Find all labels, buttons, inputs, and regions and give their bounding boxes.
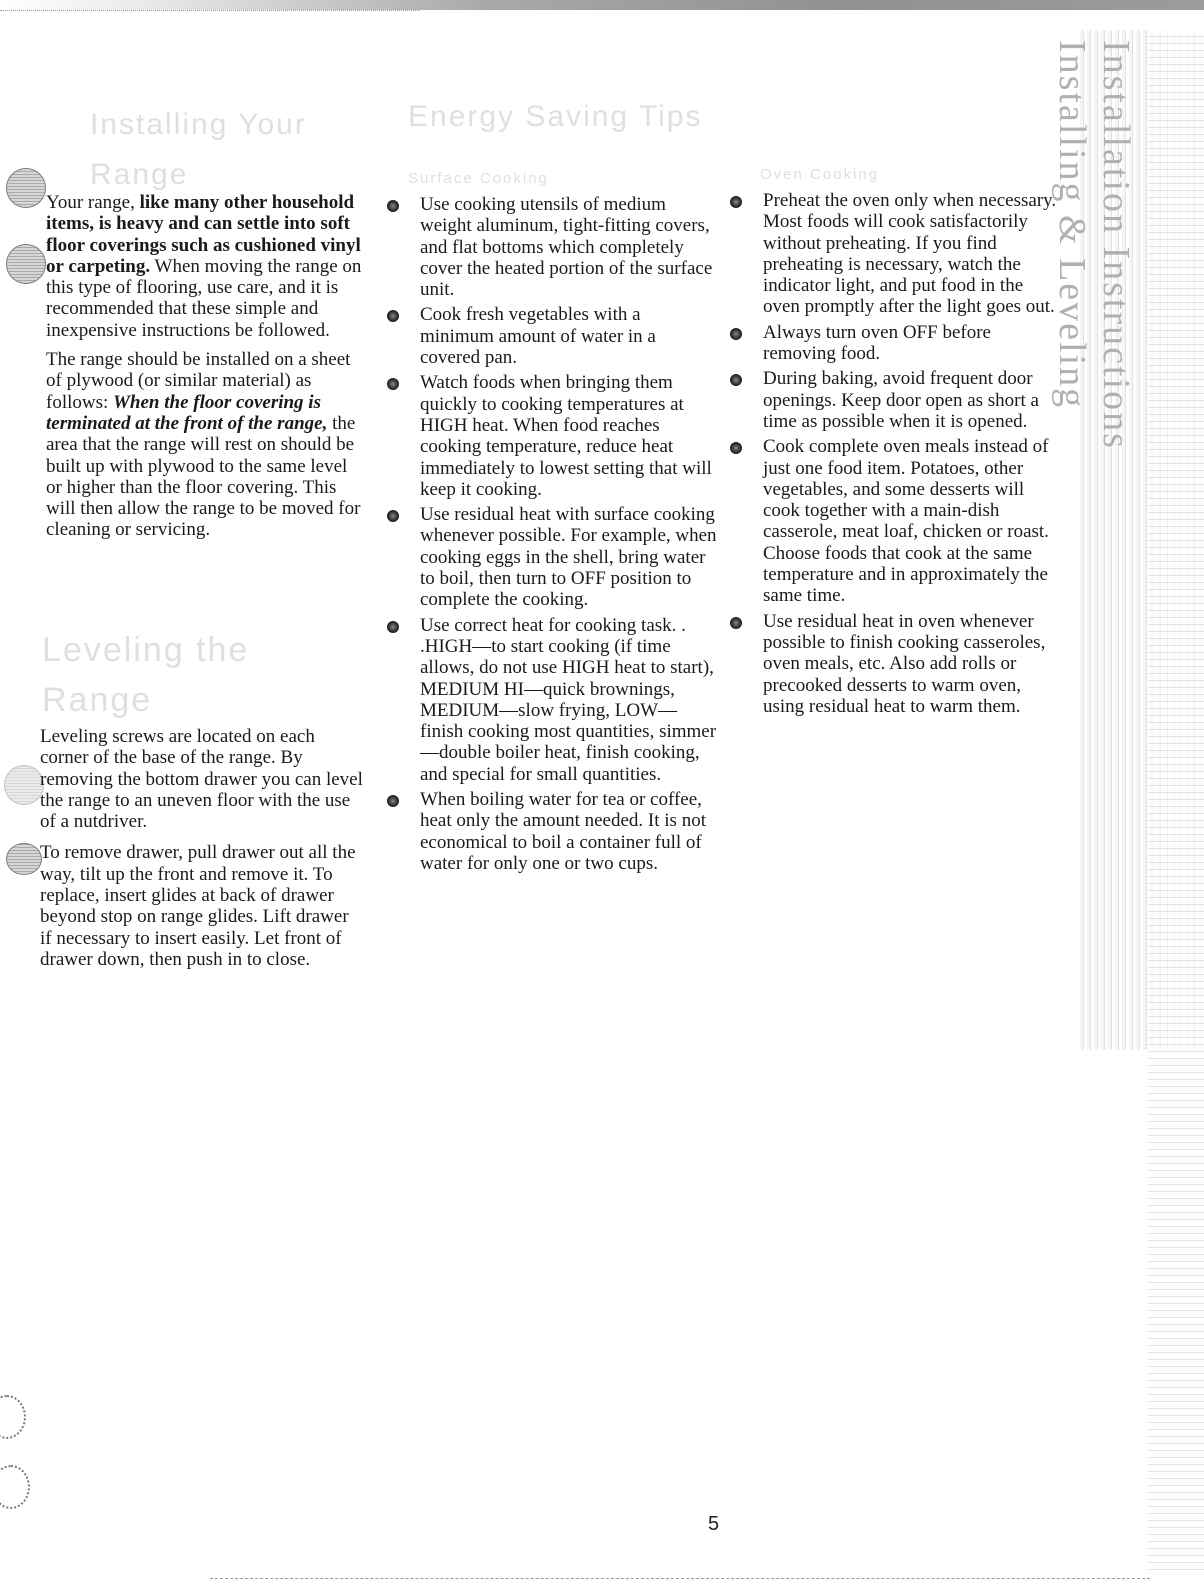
list-item-text: Use cooking utensils of medium weight al… bbox=[420, 194, 712, 300]
list-item-text: Always turn oven OFF before removing foo… bbox=[763, 322, 991, 364]
bullet-icon bbox=[387, 200, 399, 212]
page-number: 5 bbox=[708, 1513, 719, 1536]
scan-edge-line bbox=[0, 10, 420, 12]
margin-circle-icon bbox=[6, 168, 46, 208]
list-item: Use correct heat for cooking task. . .HI… bbox=[383, 615, 719, 785]
bullet-icon bbox=[387, 621, 399, 633]
bullet-icon bbox=[387, 310, 399, 322]
bullet-icon bbox=[387, 795, 399, 807]
plywood-paragraph: The range should be installed on a sheet… bbox=[46, 349, 366, 541]
margin-circle-icon bbox=[4, 765, 44, 805]
list-item-text: Cook complete oven meals instead of just… bbox=[763, 436, 1049, 606]
list-item-text: Use residual heat with surface cooking w… bbox=[420, 504, 717, 610]
column-surface-cooking: Use cooking utensils of medium weight al… bbox=[383, 194, 719, 878]
column-oven-cooking: Preheat the oven only when necessary. Mo… bbox=[726, 190, 1062, 721]
side-tab-label: Installation Instructions Installing & L… bbox=[1098, 40, 1138, 1020]
list-item-text: When boiling water for tea or coffee, he… bbox=[420, 789, 706, 874]
list-item: When boiling water for tea or coffee, he… bbox=[383, 789, 719, 874]
bullet-icon bbox=[730, 374, 742, 386]
scan-edge-bottom bbox=[210, 1578, 1150, 1580]
list-item-text: During baking, avoid frequent door openi… bbox=[763, 368, 1039, 432]
bullet-icon bbox=[730, 617, 742, 629]
margin-circle-icon bbox=[6, 244, 46, 284]
side-tab-lines bbox=[1148, 30, 1204, 1570]
oven-cooking-list: Preheat the oven only when necessary. Mo… bbox=[726, 190, 1062, 717]
list-item-text: Use residual heat in oven whenever possi… bbox=[763, 611, 1045, 717]
list-item: During baking, avoid frequent door openi… bbox=[726, 368, 1062, 432]
subheading-oven-cooking: Oven Cooking bbox=[760, 166, 879, 183]
list-item: Cook fresh vegetables with a minimum amo… bbox=[383, 304, 719, 368]
list-item: Watch foods when bringing them quickly t… bbox=[383, 372, 719, 500]
subheading-surface-cooking: Surface Cooking bbox=[408, 170, 549, 187]
heading-energy-saving: Energy Saving Tips bbox=[408, 100, 728, 134]
margin-circle-icon bbox=[6, 843, 42, 875]
bullet-icon bbox=[387, 510, 399, 522]
list-item-text: Preheat the oven only when necessary. Mo… bbox=[763, 190, 1056, 317]
hole-punch-icon bbox=[0, 1465, 30, 1509]
scan-edge-top bbox=[0, 0, 1204, 10]
bullet-icon bbox=[387, 378, 399, 390]
list-item-text: Cook fresh vegetables with a minimum amo… bbox=[420, 304, 656, 368]
leveling-paragraph: Leveling screws are located on each corn… bbox=[40, 726, 364, 832]
side-tab-line1: Installation Instructions bbox=[1094, 40, 1138, 1020]
side-tab-line2: Installing & Leveling bbox=[1050, 40, 1094, 1020]
bullet-icon bbox=[730, 442, 742, 454]
list-item: Use cooking utensils of medium weight al… bbox=[383, 194, 719, 300]
list-item-text: Use correct heat for cooking task. . .HI… bbox=[420, 615, 716, 785]
intro-paragraph: Your range, like many other household it… bbox=[46, 192, 366, 341]
list-item: Always turn oven OFF before removing foo… bbox=[726, 322, 1062, 365]
bullet-icon bbox=[730, 328, 742, 340]
bullet-icon bbox=[730, 196, 742, 208]
list-item: Cook complete oven meals instead of just… bbox=[726, 436, 1062, 606]
intro-text: Your range, bbox=[46, 192, 140, 213]
column-installing: Your range, like many other household it… bbox=[46, 192, 366, 549]
hole-punch-icon bbox=[0, 1395, 26, 1439]
list-item: Preheat the oven only when necessary. Mo… bbox=[726, 190, 1062, 318]
drawer-paragraph: To remove drawer, pull drawer out all th… bbox=[40, 842, 364, 970]
heading-leveling: Leveling the Range bbox=[42, 625, 262, 725]
heading-installing: Installing Your Range bbox=[90, 100, 330, 200]
list-item: Use residual heat with surface cooking w… bbox=[383, 504, 719, 610]
column-leveling: Leveling screws are located on each corn… bbox=[40, 726, 364, 978]
list-item: Use residual heat in oven whenever possi… bbox=[726, 611, 1062, 717]
list-item-text: Watch foods when bringing them quickly t… bbox=[420, 372, 712, 499]
surface-cooking-list: Use cooking utensils of medium weight al… bbox=[383, 194, 719, 874]
